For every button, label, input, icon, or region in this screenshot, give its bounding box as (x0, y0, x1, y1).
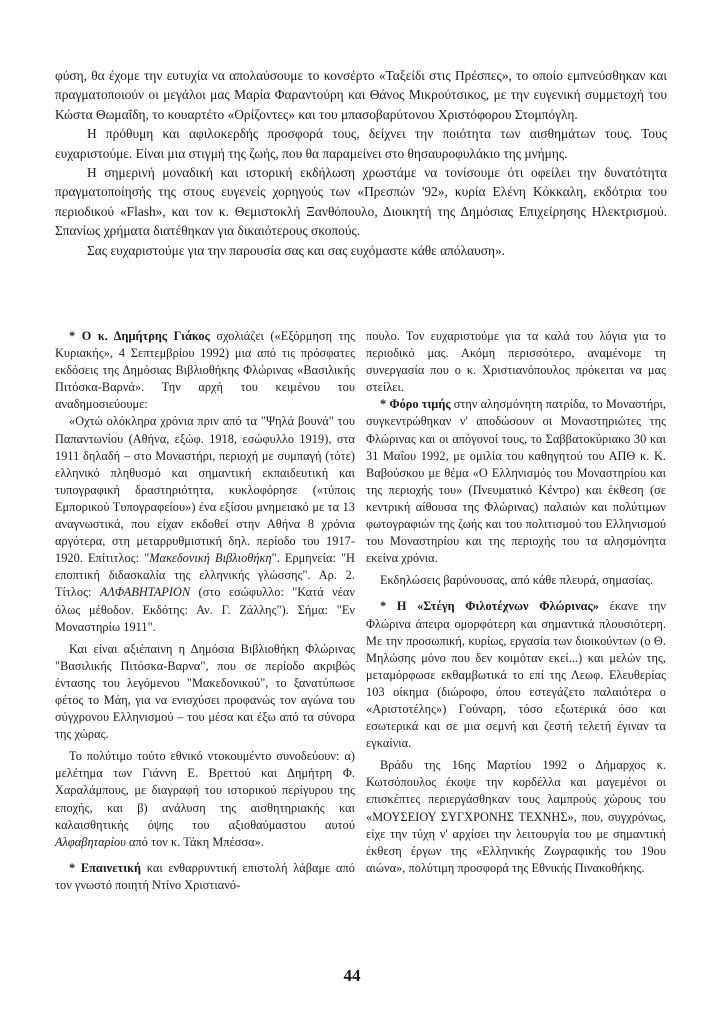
news-item-letter: * Επαινετική και ενθαρρυντική επιστολή λ… (55, 860, 355, 894)
italic-title: Αλφαβηταρίου (55, 835, 126, 849)
news-item-stegi: * Η «Στέγη Φιλοτέχνων Φλώρινας» έκανε τη… (366, 598, 666, 752)
left-column: * Ο κ. Δημήτρης Γιάκος σχολιάζει («Εξόρμ… (55, 328, 355, 894)
news-item-monastiri: * Φόρο τιμής στην αλησμόνητη πατρίδα, το… (366, 396, 666, 567)
news-item-museum: Βράδυ της 16ης Μαρτίου 1992 ο Δήμαρχος κ… (366, 757, 666, 877)
item-text: έκανε την Φλώρινα άπειρα ομορφότερη και … (366, 599, 666, 750)
news-item-letter-continued: πουλο. Τον ευχαριστούμε για τα καλά του … (366, 328, 666, 396)
quote-paragraph: «Οχτώ ολόκληρα χρόνια πριν από τα "Ψηλά … (55, 413, 355, 635)
italic-title: ΑΛΦΑΒΗΤΑΡΙΟΝ (100, 585, 190, 599)
quote-paragraph: Το πολύτιμο τούτο εθνικό ντοκουμέντο συν… (55, 748, 355, 851)
item-lead: * Επαινετική (69, 861, 141, 875)
quote-text: Το πολύτιμο τούτο εθνικό ντοκουμέντο συν… (55, 749, 355, 831)
news-item-giakos: * Ο κ. Δημήτρης Γιάκος σχολιάζει («Εξόρμ… (55, 328, 355, 413)
item-lead: * Ο κ. Δημήτρης Γιάκος (69, 329, 210, 343)
intro-paragraph: φύση, θα έχομε την ευτυχία να απολαύσουμ… (55, 66, 667, 124)
quote-text: από τον κ. Τάκη Μπέσσα». (126, 835, 264, 849)
intro-paragraph: Η πρόθυμη και αφιλοκερδής προσφορά τους,… (55, 124, 667, 163)
intro-section: φύση, θα έχομε την ευτυχία να απολαύσουμ… (55, 66, 667, 260)
news-item-note: Εκδηλώσεις βαρύνουσας, από κάθε πλευρά, … (366, 572, 666, 589)
item-text: στην αλησμόνητη πατρίδα, το Μοναστήρι, σ… (366, 397, 666, 565)
page-number: 44 (0, 966, 704, 986)
intro-paragraph: Η σημερινή μοναδική και ιστορική εκδήλωσ… (55, 163, 667, 241)
intro-closing: Σας ευχαριστούμε για την παρουσία σας κα… (55, 241, 667, 260)
quote-paragraph: Και είναι αξιέπαινη η Δημόσια Βιβλιοθήκη… (55, 641, 355, 744)
right-column: πουλο. Τον ευχαριστούμε για τα καλά του … (366, 328, 666, 877)
item-lead: * Η «Στέγη Φιλοτέχνων Φλώρινας» (380, 599, 599, 613)
item-lead: * Φόρο τιμής (380, 397, 451, 411)
quote-text: «Οχτώ ολόκληρα χρόνια πριν από τα "Ψηλά … (55, 414, 355, 565)
italic-title: Μακεδονική Βιβλιοθήκη (149, 551, 271, 565)
magazine-page: φύση, θα έχομε την ευτυχία να απολαύσουμ… (0, 0, 704, 1024)
